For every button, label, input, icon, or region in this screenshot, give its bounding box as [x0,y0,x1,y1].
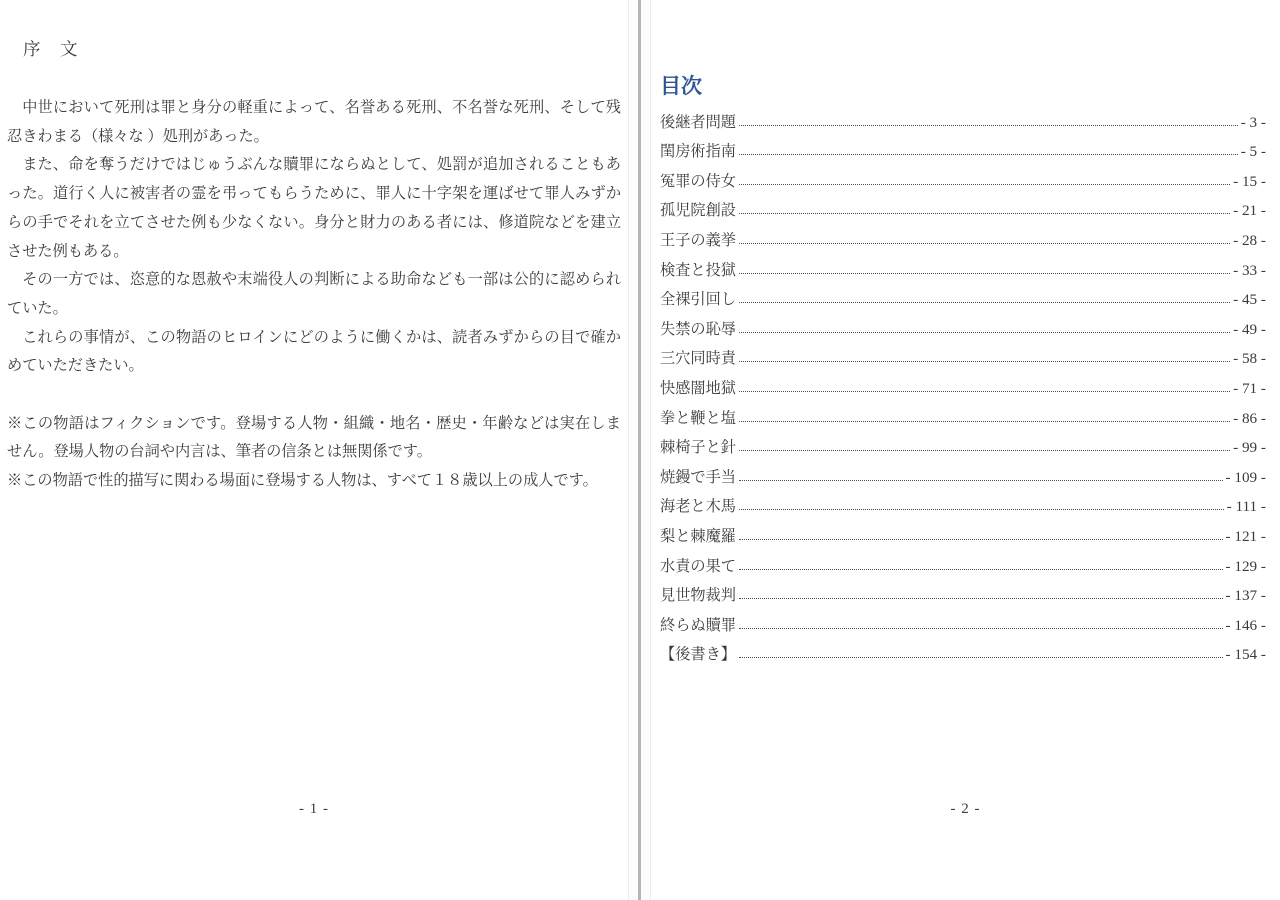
toc-entry[interactable]: 棘椅子と針 - 99 - [660,432,1266,462]
toc-entry-label: 水責の果て [660,555,736,580]
toc-entry-page-number: - 58 - [1233,350,1266,372]
preface-body: 中世において死刑は罪と身分の軽重によって、名誉ある死刑、不名誉な死刑、そして残忍… [7,94,621,496]
preface-paragraph: 中世において死刑は罪と身分の軽重によって、名誉ある死刑、不名誉な死刑、そして残忍… [7,94,621,151]
page-edge-left [628,0,629,900]
toc-entry[interactable]: 海老と木馬 - 111 - [660,491,1266,521]
preface-title: 序 文 [23,36,79,61]
toc-entry-page-number: - 86 - [1233,410,1266,432]
toc-entry-label: 棘椅子と針 [660,436,736,461]
toc-entry-label: 閨房術指南 [660,140,736,165]
toc-dot-leader [739,243,1230,244]
toc-entry-label: 後継者問題 [660,111,736,136]
disclaimer-note: ※この物語はフィクションです。登場する人物・組織・地名・歴史・年齢などは実在しま… [7,410,621,467]
page-divider [638,0,641,900]
toc-list: 後継者問題 - 3 - 閨房術指南 - 5 - 冤罪の侍女 - 15 - [660,106,1266,668]
toc-entry-page-number: - 129 - [1226,558,1267,580]
toc-entry[interactable]: 検査と投獄 - 33 - [660,254,1266,284]
toc-dot-leader [739,569,1223,570]
toc-entry-page-number: - 15 - [1233,173,1266,195]
toc-entry[interactable]: 失禁の恥辱 - 49 - [660,313,1266,343]
toc-entry-page-number: - 154 - [1226,646,1267,668]
toc-entry[interactable]: 冤罪の侍女 - 15 - [660,165,1266,195]
toc-entry-page-number: - 99 - [1233,439,1266,461]
toc-entry[interactable]: 終らぬ贖罪 - 146 - [660,609,1266,639]
preface-paragraphs: 中世において死刑は罪と身分の軽重によって、名誉ある死刑、不名誉な死刑、そして残忍… [7,94,621,381]
toc-entry-page-number: - 121 - [1226,528,1267,550]
toc-entry-label: 見世物裁判 [660,584,736,609]
toc-dot-leader [739,302,1230,303]
toc-dot-leader [739,657,1223,658]
toc-entry-page-number: - 21 - [1233,202,1266,224]
toc-entry[interactable]: 梨と棘魔羅 - 121 - [660,520,1266,550]
toc-entry-label: 王子の義挙 [660,229,736,254]
toc-entry-label: 検査と投獄 [660,259,736,284]
toc-dot-leader [739,184,1230,185]
toc-entry[interactable]: 見世物裁判 - 137 - [660,580,1266,610]
toc-dot-leader [739,539,1223,540]
toc-entry-page-number: - 146 - [1226,617,1267,639]
toc-entry[interactable]: 王子の義挙 - 28 - [660,224,1266,254]
toc-entry-label: 終らぬ贖罪 [660,614,736,639]
page-1-preface: 序 文 中世において死刑は罪と身分の軽重によって、名誉ある死刑、不名誉な死刑、そ… [0,0,628,900]
toc-title: 目次 [660,70,702,100]
toc-entry[interactable]: 後継者問題 - 3 - [660,106,1266,136]
toc-entry[interactable]: 全裸引回し - 45 - [660,284,1266,314]
toc-entry-page-number: - 111 - [1227,498,1266,520]
toc-dot-leader [739,361,1230,362]
toc-entry-page-number: - 33 - [1233,262,1266,284]
toc-dot-leader [739,391,1230,392]
toc-dot-leader [739,332,1230,333]
toc-entry-label: 【後書き】 [660,643,736,668]
toc-entry-label: 失禁の恥辱 [660,318,736,343]
toc-entry-page-number: - 49 - [1233,321,1266,343]
preface-paragraph: また、命を奪うだけではじゅうぶんな贖罪にならぬとして、処罰が追加されることもあっ… [7,151,621,266]
toc-entry-page-number: - 71 - [1233,380,1266,402]
toc-entry-label: 冤罪の侍女 [660,170,736,195]
page-number-left: - 1 - [0,801,628,818]
toc-entry-label: 海老と木馬 [660,495,736,520]
toc-entry-label: 焼鏝で手当 [660,466,736,491]
page-number-right: - 2 - [651,801,1280,818]
toc-dot-leader [739,509,1224,510]
toc-entry[interactable]: 拳と鞭と塩 - 86 - [660,402,1266,432]
preface-paragraph: その一方では、恣意的な恩赦や末端役人の判断による助命なども一部は公的に認められて… [7,266,621,323]
toc-entry[interactable]: 焼鏝で手当 - 109 - [660,461,1266,491]
toc-entry[interactable]: 水責の果て - 129 - [660,550,1266,580]
toc-entry-page-number: - 109 - [1226,469,1267,491]
toc-dot-leader [739,480,1223,481]
toc-entry[interactable]: 三穴同時責 - 58 - [660,343,1266,373]
toc-entry-label: 拳と鞭と塩 [660,407,736,432]
toc-entry[interactable]: 孤児院創設 - 21 - [660,195,1266,225]
toc-dot-leader [739,421,1230,422]
toc-dot-leader [739,125,1238,126]
disclaimer-notes: ※この物語はフィクションです。登場する人物・組織・地名・歴史・年齢などは実在しま… [7,410,621,496]
toc-dot-leader [739,273,1230,274]
toc-entry[interactable]: 閨房術指南 - 5 - [660,136,1266,166]
toc-entry[interactable]: 【後書き】 - 154 - [660,639,1266,669]
toc-entry-page-number: - 137 - [1226,587,1267,609]
toc-entry-page-number: - 3 - [1241,114,1266,136]
toc-entry-page-number: - 45 - [1233,291,1266,313]
document-viewer: 序 文 中世において死刑は罪と身分の軽重によって、名誉ある死刑、不名誉な死刑、そ… [0,0,1280,900]
preface-paragraph: これらの事情が、この物語のヒロインにどのように働くかは、読者みずからの目で確かめ… [7,324,621,381]
toc-entry-label: 梨と棘魔羅 [660,525,736,550]
toc-entry-label: 全裸引回し [660,288,736,313]
toc-dot-leader [739,450,1230,451]
toc-entry-label: 快感闇地獄 [660,377,736,402]
toc-dot-leader [739,628,1223,629]
toc-entry-label: 三穴同時責 [660,347,736,372]
toc-entry-page-number: - 5 - [1241,143,1266,165]
toc-dot-leader [739,213,1230,214]
disclaimer-note: ※この物語で性的描写に関わる場面に登場する人物は、すべて１８歳以上の成人です。 [7,467,621,496]
toc-dot-leader [739,598,1223,599]
page-2-toc: 目次 後継者問題 - 3 - 閨房術指南 - 5 - 冤罪の侍女 [651,0,1280,900]
toc-entry-label: 孤児院創設 [660,199,736,224]
toc-dot-leader [739,154,1238,155]
toc-entry[interactable]: 快感闇地獄 - 71 - [660,372,1266,402]
toc-entry-page-number: - 28 - [1233,232,1266,254]
